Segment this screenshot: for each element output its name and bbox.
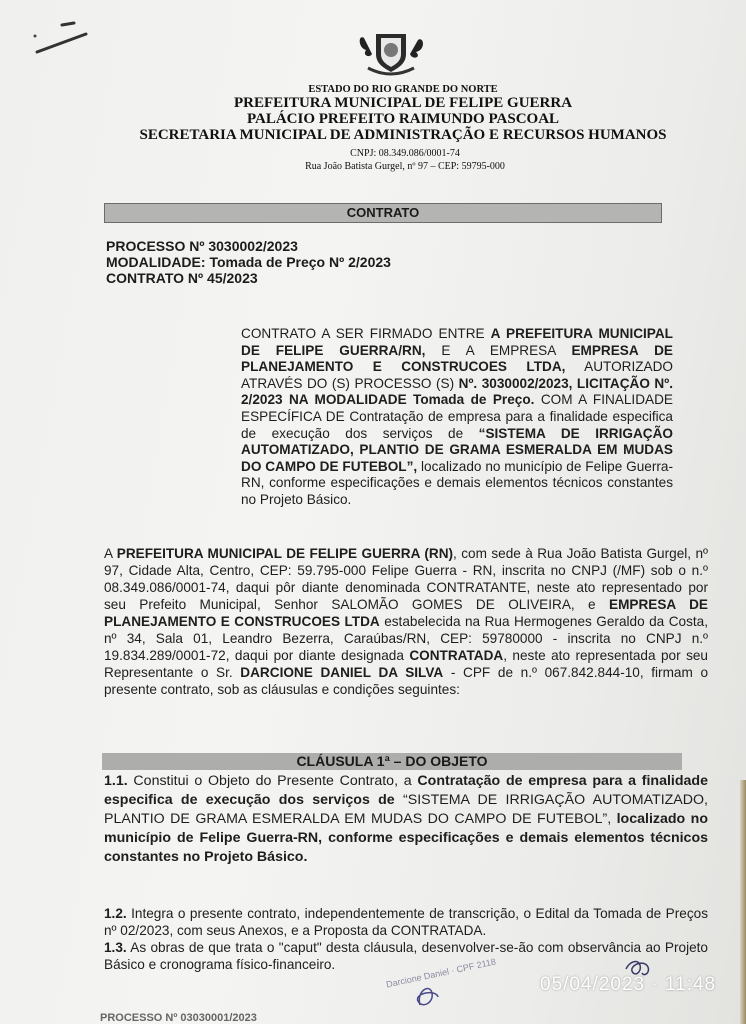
- header-state: ESTADO DO RIO GRANDE DO NORTE: [30, 84, 746, 95]
- text-run: DARCIONE DANIEL DA SILVA: [240, 665, 443, 680]
- header-palacio: PALÁCIO PREFEITO RAIMUNDO PASCOAL: [30, 111, 746, 128]
- page-edge-shadow: [740, 780, 746, 1024]
- header-address: Rua João Batista Gurgel, nº 97 – CEP: 59…: [32, 161, 746, 172]
- text-run: A: [104, 546, 117, 561]
- footer-processo-number: PROCESSO Nº 03030001/2023: [100, 1012, 257, 1024]
- contract-title-bar: CONTRATO: [104, 203, 662, 223]
- parties-paragraph: A PREFEITURA MUNICIPAL DE FELIPE GUERRA …: [104, 545, 708, 698]
- text-run: 1.2.: [104, 906, 127, 921]
- clause-1-title-bar: CLÁUSULA 1ª – DO OBJETO: [102, 753, 682, 770]
- clause-1-3: 1.3. As obras de que trata o "caput" des…: [104, 939, 708, 973]
- contract-preamble: CONTRATO A SER FIRMADO ENTRE A PREFEITUR…: [241, 326, 673, 509]
- signature-scribble-icon: [400, 975, 450, 1015]
- text-run: As obras de que trata o "caput" desta cl…: [104, 940, 708, 972]
- header-secretaria: SECRETARIA MUNICIPAL DE ADMINISTRAÇÃO E …: [30, 127, 746, 144]
- coat-of-arms-icon: [356, 28, 426, 80]
- modalidade-label: MODALIDADE:: [106, 254, 206, 270]
- clause-1-2: 1.2. Integra o presente contrato, indepe…: [104, 905, 708, 939]
- clause-1-2-and-1-3: 1.2. Integra o presente contrato, indepe…: [104, 905, 708, 973]
- contract-meta: PROCESSO Nº 3030002/2023 MODALIDADE: Tom…: [106, 238, 391, 286]
- text-run: 1.1.: [104, 773, 128, 789]
- pen-marks: [30, 20, 100, 60]
- header-prefeitura: PREFEITURA MUNICIPAL DE FELIPE GUERRA: [30, 95, 746, 112]
- modalidade: MODALIDADE: Tomada de Preço Nº 2/2023: [106, 254, 391, 270]
- clause-1-1: 1.1. Constitui o Objeto do Presente Cont…: [104, 772, 708, 867]
- text-run: PREFEITURA MUNICIPAL DE FELIPE GUERRA (R…: [117, 546, 453, 561]
- modalidade-value: Tomada de Preço Nº 2/2023: [209, 254, 391, 270]
- text-run: 1.3.: [104, 940, 127, 955]
- header-cnpj: CNPJ: 08.349.086/0001-74: [32, 148, 746, 159]
- text-run: Integra o presente contrato, independent…: [104, 906, 708, 938]
- text-run: Constitui o Objeto do Presente Contrato,…: [128, 773, 418, 789]
- text-run: E A EMPRESA: [425, 343, 571, 358]
- photo-timestamp: 05/04/2023 · 11:48: [540, 974, 716, 996]
- processo-number: PROCESSO Nº 3030002/2023: [106, 238, 391, 254]
- contrato-number: CONTRATO Nº 45/2023: [106, 270, 391, 286]
- text-run: CONTRATADA: [409, 648, 503, 663]
- text-run: CONTRATO A SER FIRMADO ENTRE: [241, 326, 491, 341]
